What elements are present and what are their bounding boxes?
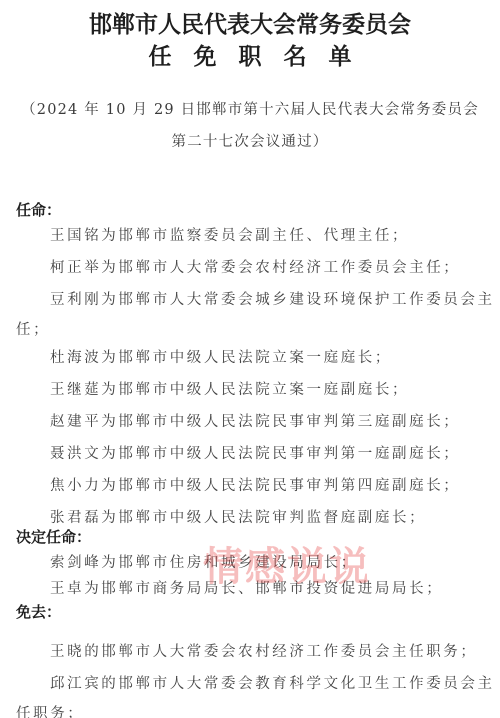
list-item: 王晓的邯郸市人大常委会农村经济工作委员会主任职务；: [50, 640, 478, 661]
list-item: 张君磊为邯郸市中级人民法院审判监督庭副庭长；: [50, 506, 426, 527]
list-item: 王继莚为邯郸市中级人民法院立案一庭副庭长；: [50, 378, 409, 399]
list-item: 邱江宾的邯郸市人大常委会教育科学文化卫生工作委员会主: [50, 672, 495, 693]
list-item-continuation: 任职务；: [16, 702, 84, 718]
list-item: 索剑峰为邯郸市住房和城乡建设局局长；: [50, 551, 358, 572]
list-item: 柯正举为邯郸市人大常委会农村经济工作委员会主任；: [50, 256, 460, 277]
list-item: 王国铭为邯郸市监察委员会副主任、代理主任；: [50, 224, 409, 245]
list-item: 杜海波为邯郸市中级人民法院立案一庭庭长；: [50, 346, 392, 367]
list-item-continuation: 任；: [16, 318, 50, 339]
list-item: 豆利刚为邯郸市人大常委会城乡建设环境保护工作委员会主: [50, 288, 495, 309]
title-line-2: 任免职名单: [0, 38, 500, 71]
list-item: 聂洪文为邯郸市中级人民法院民事审判第一庭副庭长；: [50, 442, 460, 463]
list-item: 王卓为邯郸市商务局局长、邯郸市投资促进局局长；: [50, 577, 443, 598]
list-item: 赵建平为邯郸市中级人民法院民事审判第三庭副庭长；: [50, 410, 460, 431]
subtitle-line-2: 第二十七次会议通过）: [0, 130, 500, 151]
section-heading-remove: 免去：: [16, 601, 61, 622]
list-item: 焦小力为邯郸市中级人民法院民事审判第四庭副庭长；: [50, 474, 460, 495]
section-heading-decide-appoint: 决定任命：: [16, 526, 91, 547]
section-heading-appoint: 任命：: [16, 199, 61, 220]
title-line-1: 邯郸市人民代表大会常务委员会: [0, 6, 500, 39]
subtitle-line-1: （2024 年 10 月 29 日邯郸市第十六届人民代表大会常务委员会: [0, 98, 500, 119]
